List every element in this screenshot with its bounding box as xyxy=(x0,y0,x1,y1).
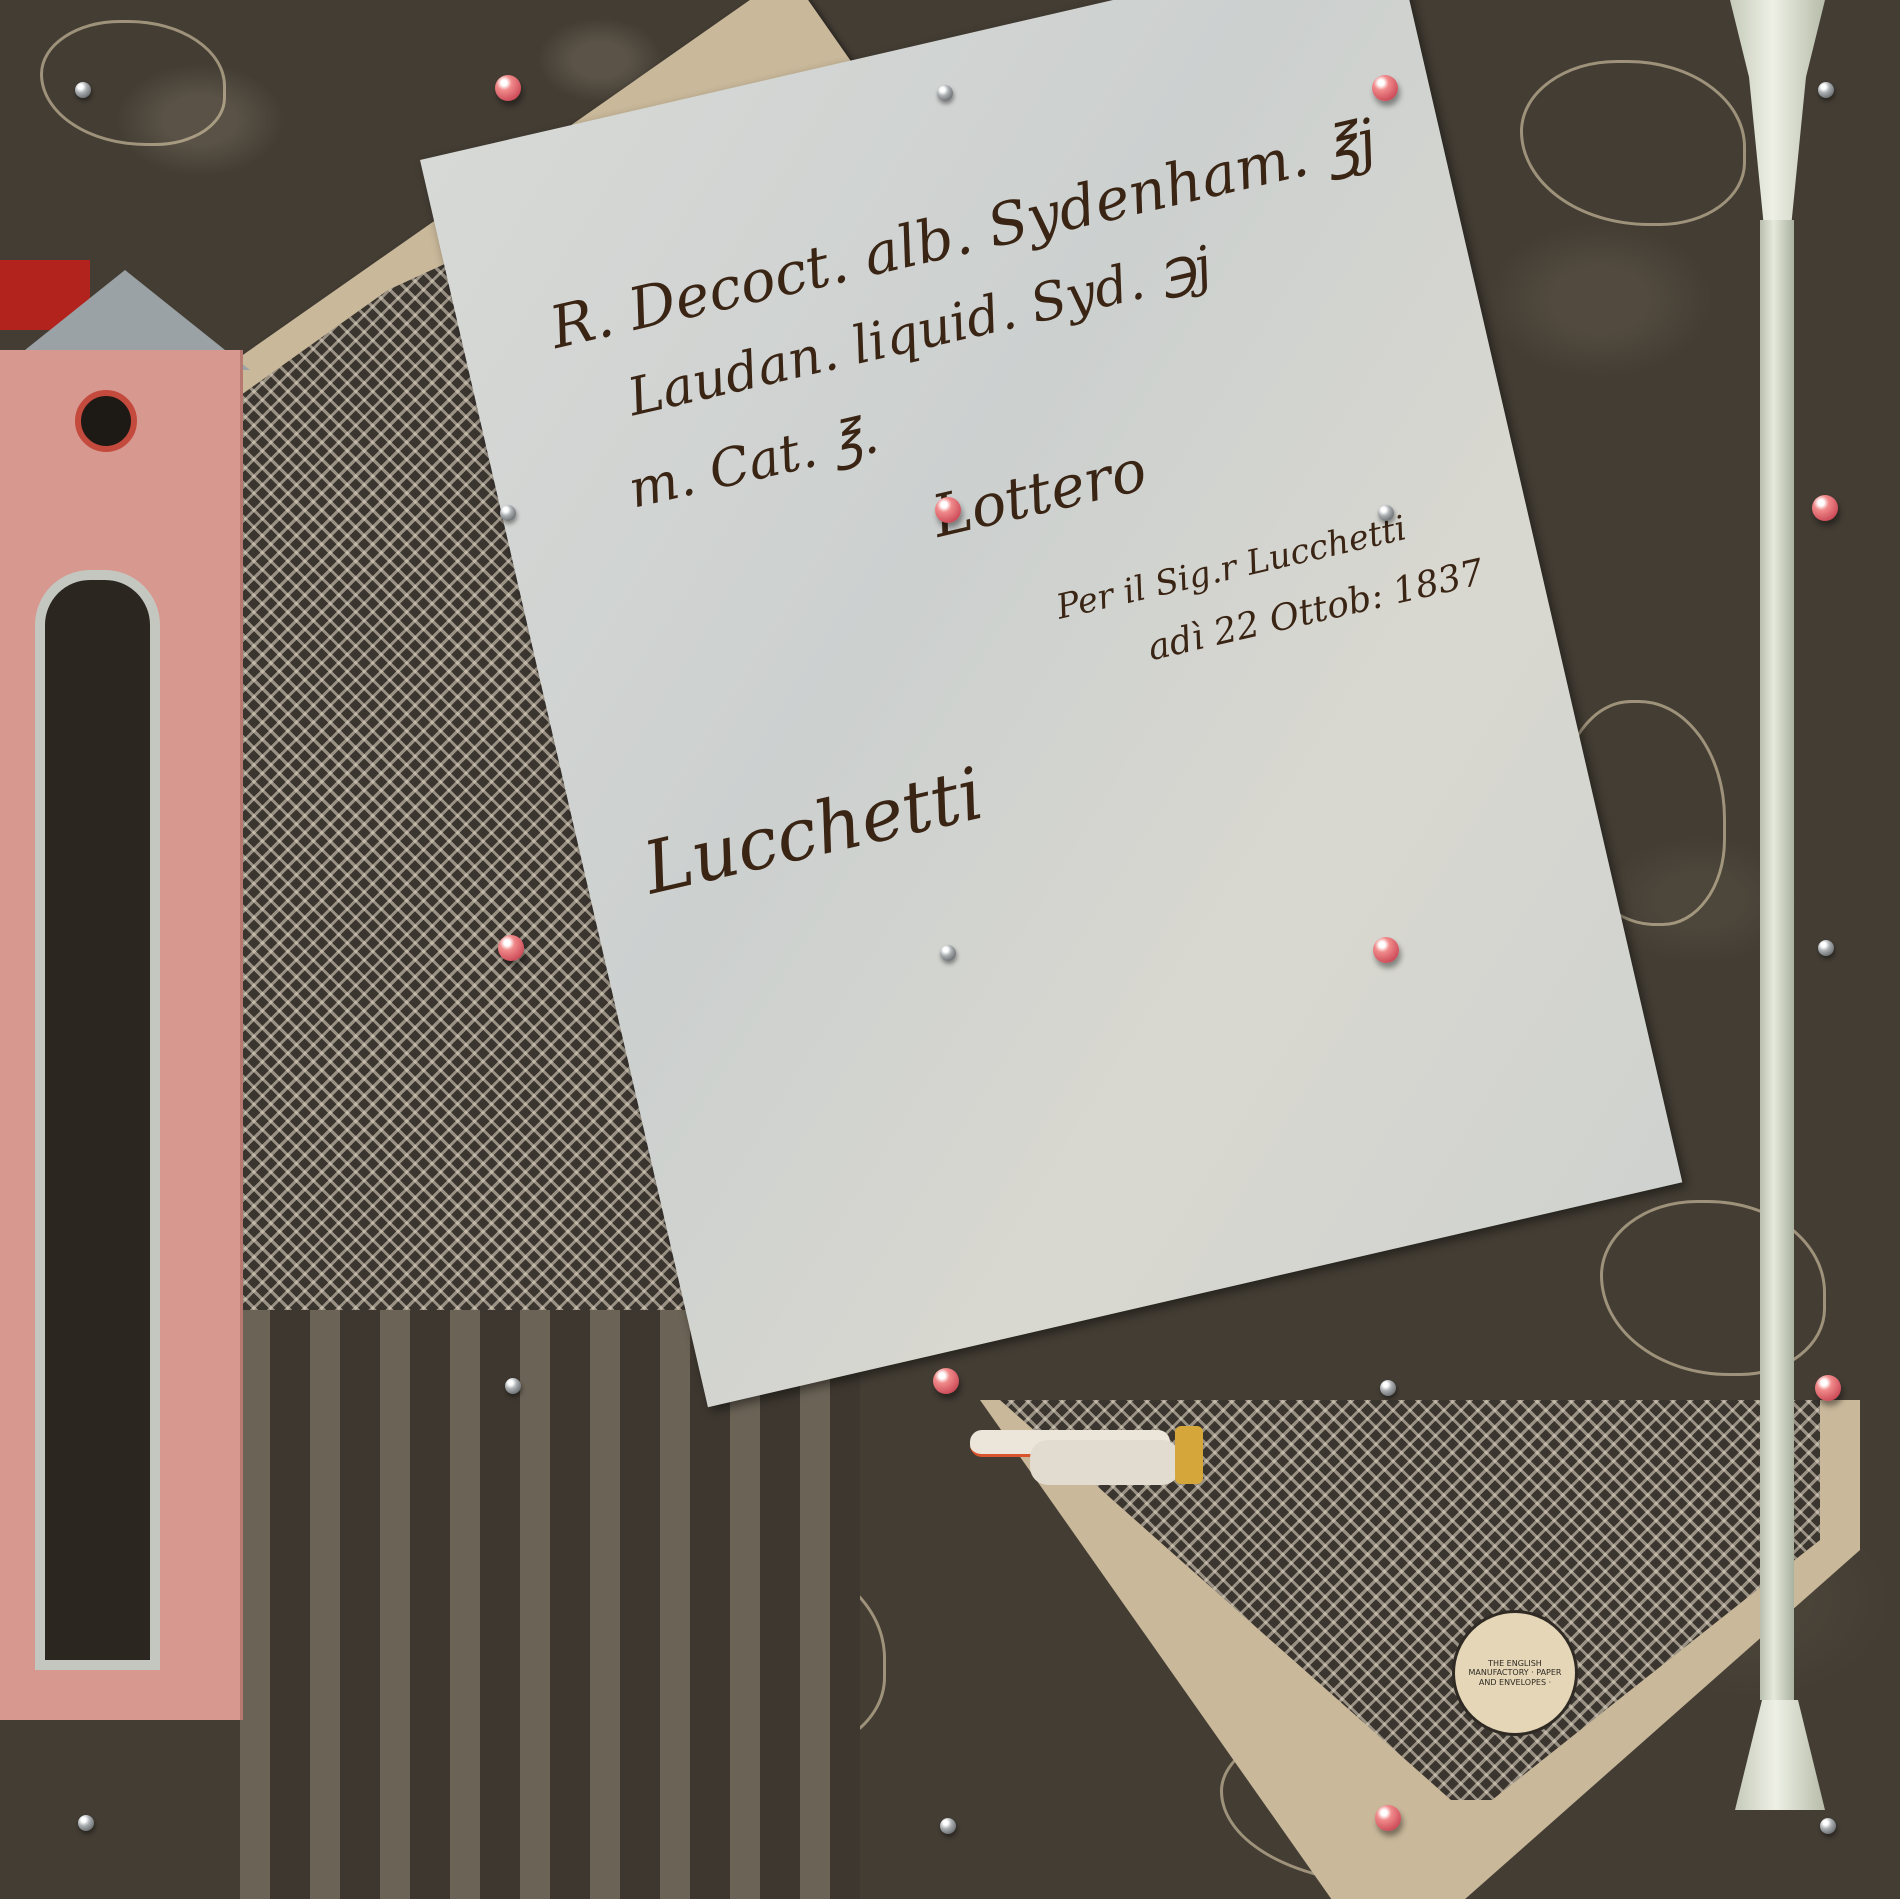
red-pin xyxy=(1812,495,1838,521)
hand-cuff xyxy=(1175,1426,1203,1484)
silver-tack xyxy=(1380,1380,1396,1396)
marble-vein xyxy=(1520,60,1746,226)
marble-vein xyxy=(40,20,226,146)
marbled-strip-lower xyxy=(240,1310,860,1899)
pointing-hand-icon xyxy=(970,1420,1210,1490)
red-pin xyxy=(933,1368,959,1394)
silver-tack xyxy=(1378,505,1394,521)
column-base xyxy=(1735,1700,1825,1810)
red-pin xyxy=(1815,1375,1841,1401)
silver-tack xyxy=(75,82,91,98)
column-capital xyxy=(1730,0,1825,220)
silver-tack xyxy=(940,945,956,961)
silver-tack xyxy=(78,1815,94,1831)
signature-lucchetti: Lucchetti xyxy=(636,751,991,910)
hand-fist xyxy=(1030,1440,1180,1485)
arched-doorway xyxy=(35,570,160,1670)
round-window xyxy=(75,390,137,452)
seal-text: THE ENGLISH MANUFACTORY · PAPER AND ENVE… xyxy=(1467,1659,1563,1688)
prescription-line-3: m. Cat. ℥. xyxy=(623,405,884,521)
silver-tack xyxy=(505,1378,521,1394)
manufactory-seal: THE ENGLISH MANUFACTORY · PAPER AND ENVE… xyxy=(1452,1610,1578,1736)
signature-lottero: Lottero xyxy=(926,436,1153,551)
red-pin xyxy=(1375,1805,1401,1831)
red-pin xyxy=(1373,937,1399,963)
red-pin xyxy=(495,75,521,101)
silver-tack xyxy=(1820,1818,1836,1834)
silver-tack xyxy=(1818,940,1834,956)
column-shaft xyxy=(1760,220,1794,1700)
red-pin xyxy=(1372,75,1398,101)
pink-house xyxy=(0,270,250,1720)
red-pin xyxy=(498,935,524,961)
silver-tack xyxy=(937,85,953,101)
silver-tack xyxy=(1818,82,1834,98)
red-pin xyxy=(935,497,961,523)
artwork-canvas: R. Decoct. alb. Sydenham. ℥j Laudan. liq… xyxy=(0,0,1900,1899)
corinthian-column xyxy=(1730,0,1830,1820)
silver-tack xyxy=(500,505,516,521)
silver-tack xyxy=(940,1818,956,1834)
